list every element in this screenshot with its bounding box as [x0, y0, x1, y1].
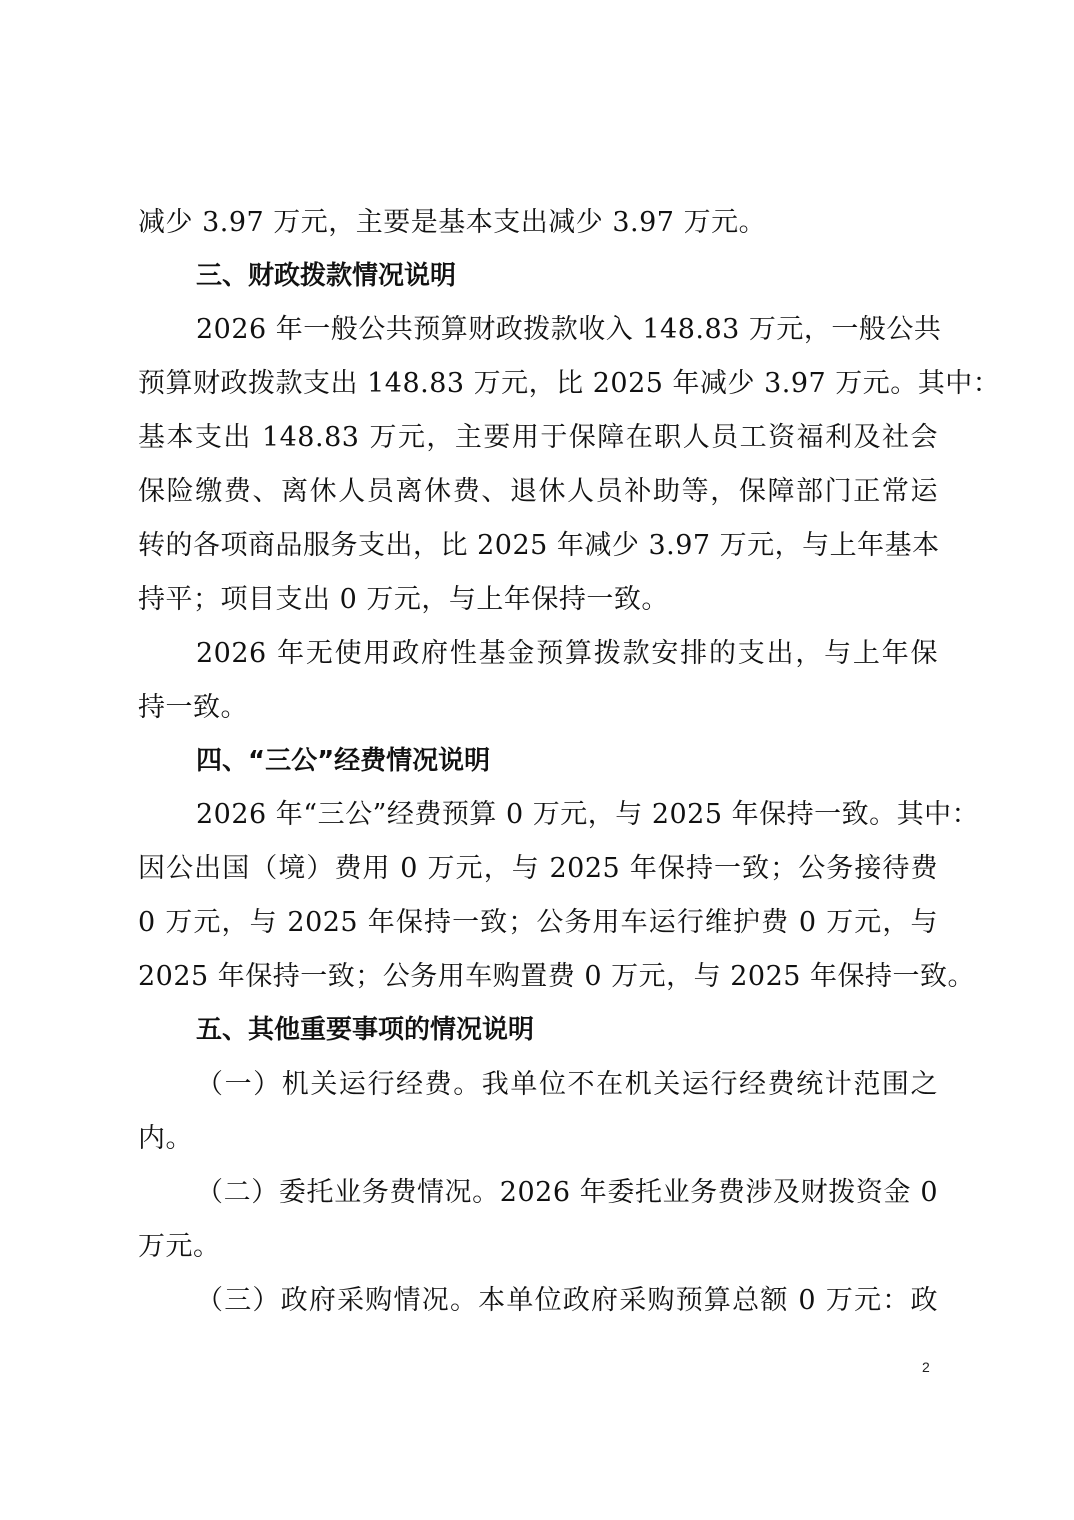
paragraph-line: 转的各项商品服务支出，比 2025 年减少 3.97 万元，与上年基本	[138, 528, 938, 564]
paragraph-line: （三）政府采购情况。本单位政府采购预算总额 0 万元：政	[196, 1283, 938, 1319]
paragraph-line: 2026 年无使用政府性基金预算拨款安排的支出，与上年保	[196, 636, 938, 672]
document-page: 减少 3.97 万元，主要是基本支出减少 3.97 万元。 三、财政拨款情况说明…	[0, 0, 1074, 1520]
paragraph-line: 预算财政拨款支出 148.83 万元，比 2025 年减少 3.97 万元。其中…	[138, 366, 938, 402]
page-number: 2	[922, 1359, 930, 1375]
paragraph-line: 持平；项目支出 0 万元，与上年保持一致。	[138, 582, 938, 618]
paragraph-line: 持一致。	[138, 690, 938, 726]
section-heading-3: 三、财政拨款情况说明	[196, 258, 938, 294]
paragraph-line: 保险缴费、离休人员离休费、退休人员补助等，保障部门正常运	[138, 474, 938, 510]
paragraph-line: 2026 年“三公”经费预算 0 万元，与 2025 年保持一致。其中：	[196, 797, 938, 833]
paragraph-line: 内。	[138, 1121, 938, 1157]
paragraph-line: 2026 年一般公共预算财政拨款收入 148.83 万元，一般公共	[196, 312, 938, 348]
paragraph-line: 0 万元，与 2025 年保持一致；公务用车运行维护费 0 万元，与	[138, 905, 938, 941]
section-heading-4: 四、“三公”经费情况说明	[196, 743, 938, 779]
paragraph-line: （一）机关运行经费。我单位不在机关运行经费统计范围之	[196, 1067, 938, 1103]
paragraph-line: 减少 3.97 万元，主要是基本支出减少 3.97 万元。	[138, 205, 938, 241]
paragraph-line: （二）委托业务费情况。2026 年委托业务费涉及财拨资金 0	[196, 1175, 938, 1211]
paragraph-line: 万元。	[138, 1229, 938, 1265]
paragraph-line: 因公出国（境）费用 0 万元，与 2025 年保持一致；公务接待费	[138, 851, 938, 887]
section-heading-5: 五、其他重要事项的情况说明	[196, 1012, 938, 1048]
paragraph-line: 基本支出 148.83 万元，主要用于保障在职人员工资福利及社会	[138, 420, 938, 456]
paragraph-line: 2025 年保持一致；公务用车购置费 0 万元，与 2025 年保持一致。	[138, 959, 938, 995]
